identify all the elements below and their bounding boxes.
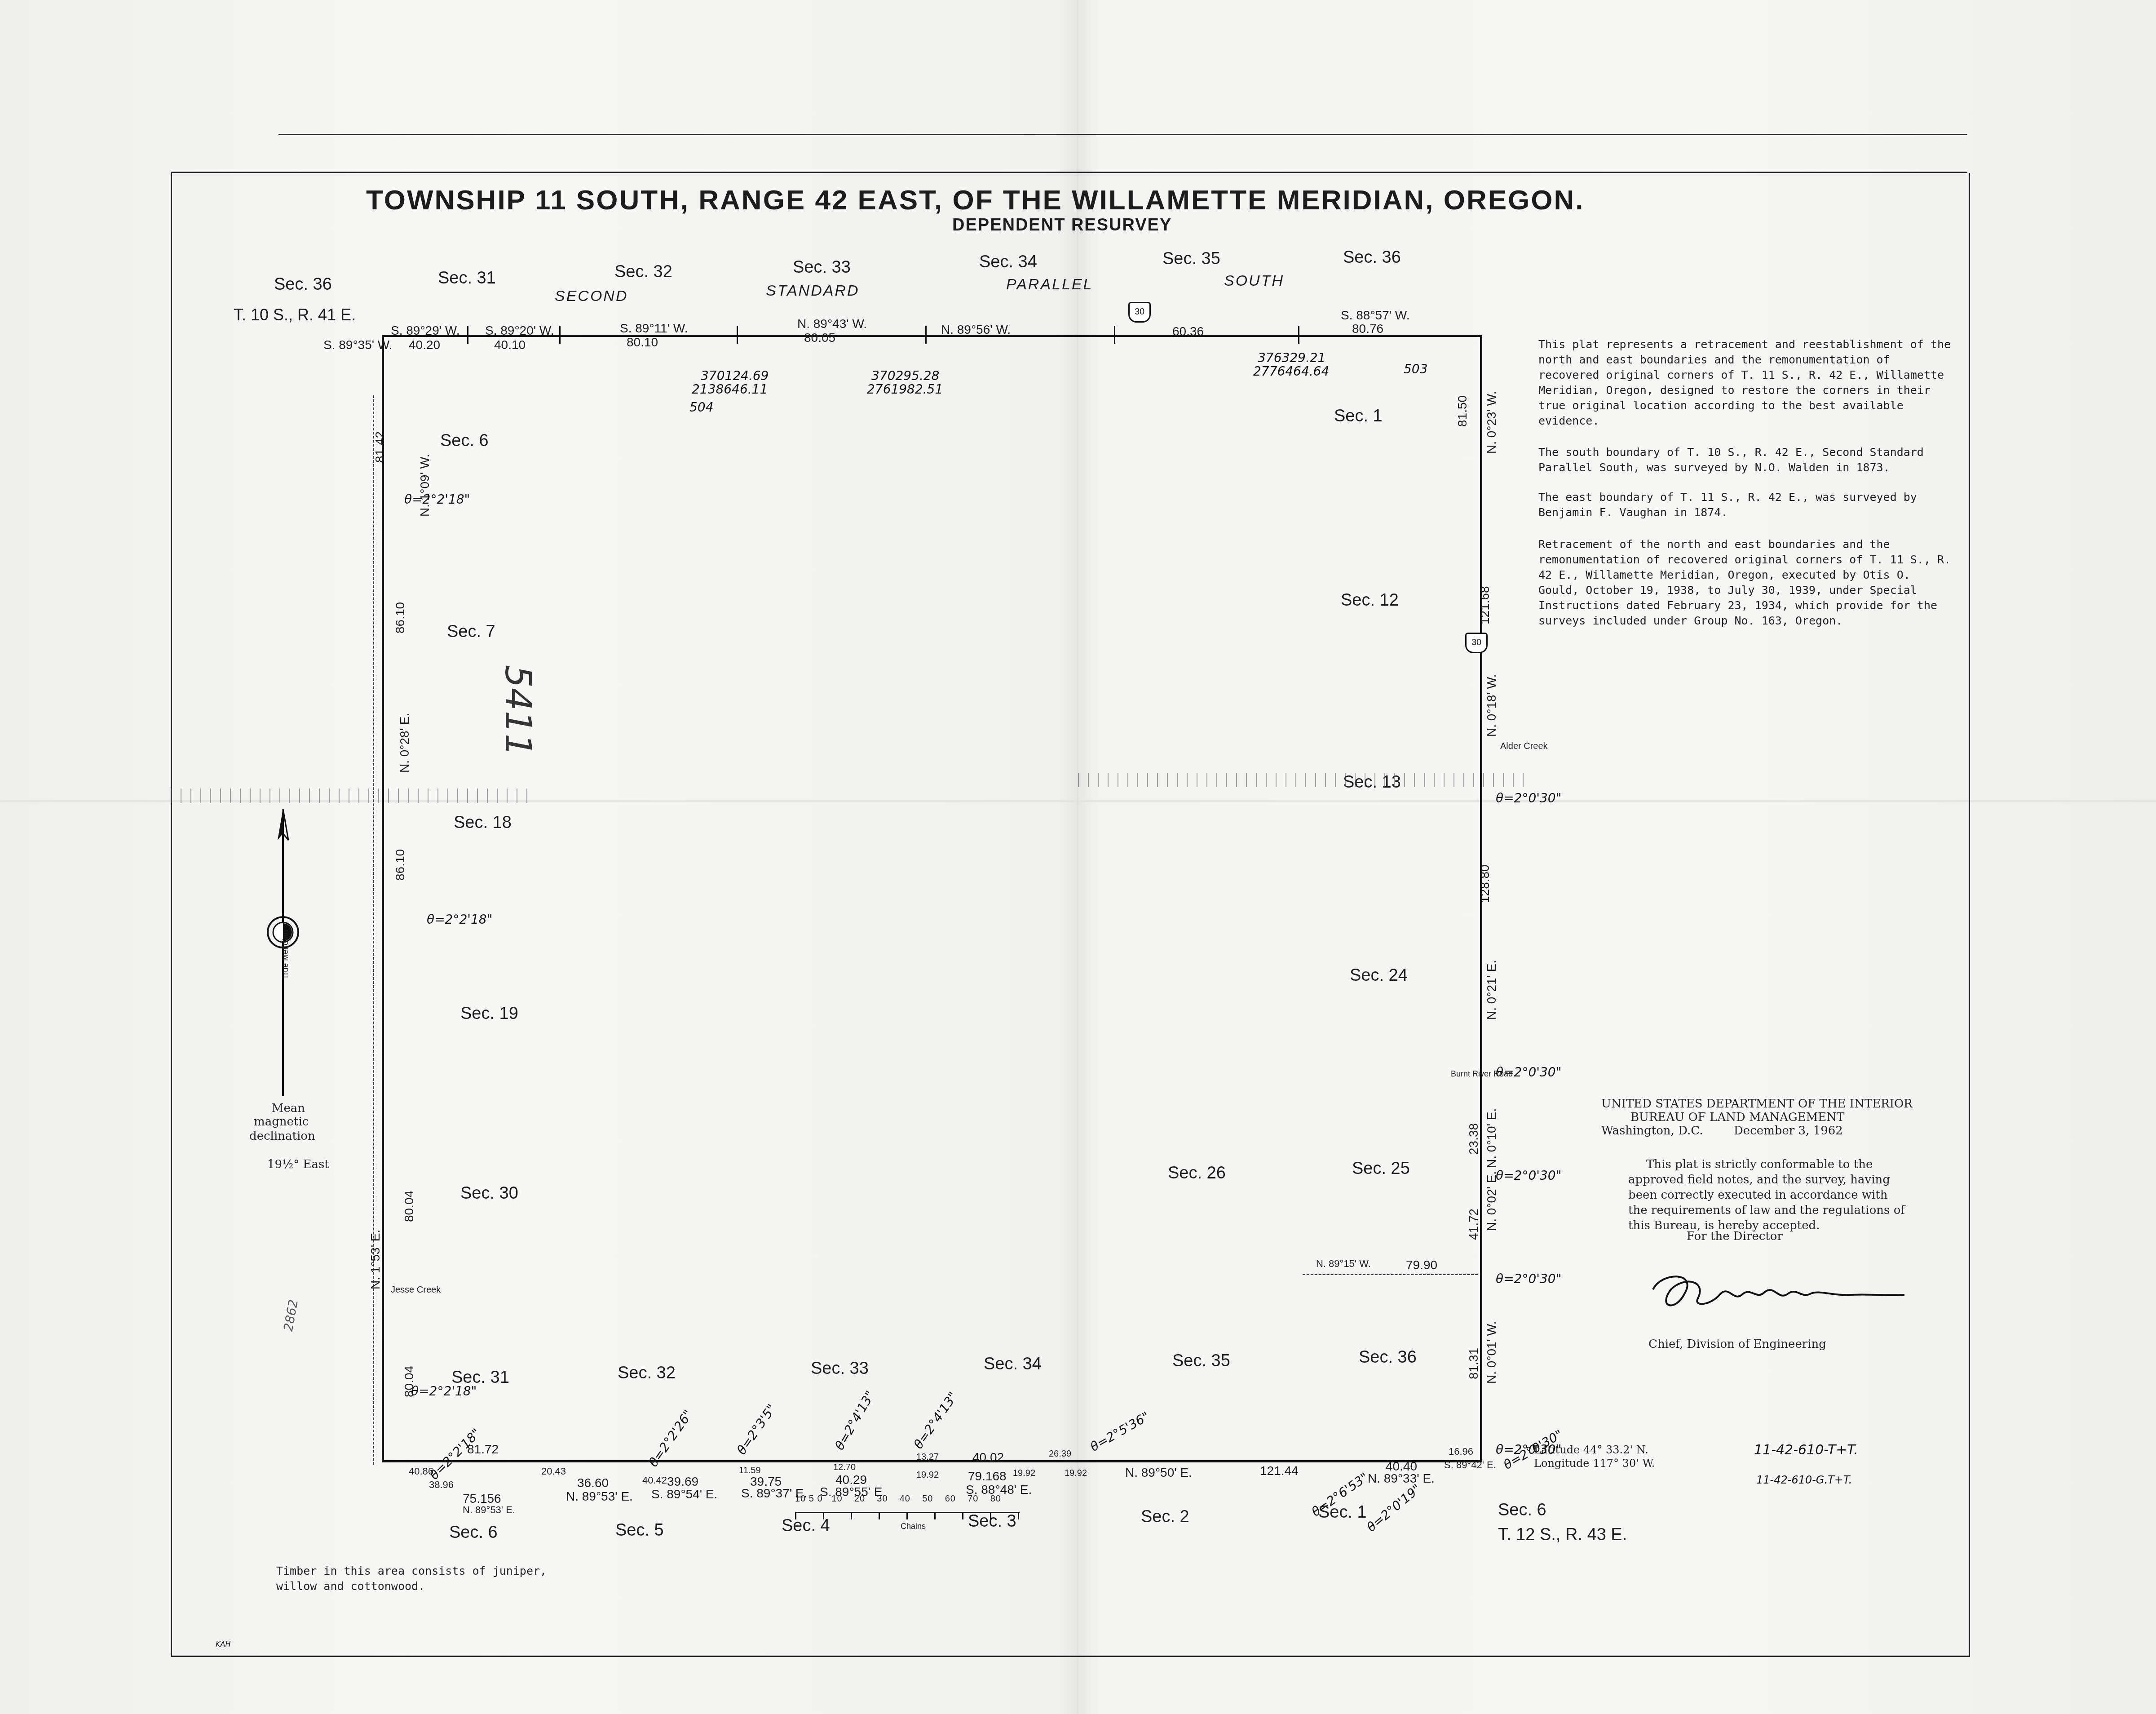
bearing-label: N. 89°56' W.: [941, 323, 1011, 337]
section-label: Sec. 33: [811, 1359, 869, 1378]
bearing-label: N. 89°15' W.: [1316, 1258, 1371, 1270]
certificate-date: December 3, 1962: [1734, 1123, 1843, 1138]
township-boundary: [382, 335, 1482, 1462]
bearing-label: N. 89°53' E.: [463, 1504, 515, 1516]
handwritten-mark: 504: [689, 400, 713, 415]
distance-label: 80.76: [1352, 322, 1383, 336]
distance-label: 16.96: [1449, 1446, 1473, 1457]
bearing-label: N. 0°10' E.: [1484, 1108, 1499, 1168]
distance-label: 19.92: [1013, 1468, 1035, 1479]
distance-label: 36.60: [577, 1476, 609, 1490]
timber-note: Timber in this area consists of juniper,…: [276, 1563, 591, 1594]
distance-label: 128.80: [1478, 864, 1492, 903]
section-label: Sec. 5: [615, 1521, 664, 1540]
parallel-label: PARALLEL: [1006, 276, 1093, 293]
latitude-label: Latitude 44° 33.2' N.: [1534, 1442, 1648, 1457]
corner-mark: [1298, 326, 1299, 344]
south-boundary-history-note: The south boundary of T. 10 S., R. 42 E.…: [1538, 445, 1952, 475]
bearing-label: N. 89°33' E.: [1368, 1471, 1435, 1486]
interior-line: [1303, 1274, 1478, 1275]
feature-label: Alder Creek: [1500, 741, 1548, 752]
corner-mark: [925, 326, 927, 344]
declination-note: θ=2°2'18": [411, 1384, 477, 1399]
section-label: Sec. 36: [1343, 248, 1401, 267]
bearing-label: S. 89°42' E.: [1444, 1459, 1496, 1471]
distance-label: 80.10: [627, 335, 658, 350]
handwritten-mark: 503: [1404, 362, 1427, 376]
handwritten-coordinate: 370295.28: [871, 368, 939, 383]
distance-label: 40.20: [409, 338, 440, 352]
section-label: Sec. 35: [1162, 249, 1220, 269]
bearing-label: S. 89°29' W.: [391, 323, 460, 338]
bearing-label: N. 0°18' W.: [1484, 674, 1499, 737]
distance-label: 86.10: [393, 602, 407, 633]
feature-label: Burnt River Road: [1451, 1069, 1513, 1079]
corner-mark: [467, 326, 468, 344]
bearing-label: S. 89°11' W.: [620, 321, 688, 336]
signer-title: Chief, Division of Engineering: [1648, 1337, 1826, 1352]
for-the-director: For the Director: [1687, 1229, 1783, 1244]
execution-note: Retracement of the north and east bounda…: [1538, 537, 1952, 629]
distance-label: 40.42: [642, 1475, 667, 1486]
declination-note: θ=2°0'30": [1496, 1271, 1561, 1286]
signature-icon: [1644, 1262, 1913, 1325]
corner-mark: [737, 326, 738, 344]
distance-label: 81.42: [373, 431, 387, 463]
highway-shield-icon: 30: [1128, 302, 1151, 323]
certificate-statement: This plat is strictly conformable to the…: [1628, 1157, 1907, 1233]
distance-label: 40.02: [972, 1450, 1004, 1465]
bearing-label: N. 1°53' E.: [368, 1230, 383, 1289]
scale-tick-labels: 10 5 0 10 20 30 40 50 60 70 80: [795, 1494, 1001, 1504]
fence-line: [171, 788, 530, 803]
certificate-location: Washington, D.C.: [1601, 1123, 1703, 1138]
handwritten-coordinate: 2761982.51: [867, 382, 943, 397]
outer-border-top: [278, 134, 1967, 135]
distance-label: 40.10: [494, 338, 526, 352]
parallel-label: SECOND: [555, 288, 628, 305]
section-label: Sec. 12: [1341, 591, 1399, 610]
distance-label: 19.92: [1065, 1468, 1087, 1479]
file-code: 11-42-610-T+T.: [1754, 1442, 1858, 1458]
distance-label: 38.96: [429, 1479, 454, 1491]
file-code: 11-42-610-G.T+T.: [1756, 1474, 1852, 1486]
declination-label: declination: [249, 1129, 315, 1144]
section-label: Sec. 33: [793, 258, 851, 277]
bearing-label: S. 88°57' W.: [1341, 308, 1410, 323]
section-label: Sec. 36: [1359, 1348, 1417, 1367]
distance-label: 20.43: [541, 1466, 566, 1477]
section-label: Sec. 30: [460, 1184, 518, 1203]
highway-shield-icon: 30: [1465, 633, 1488, 653]
bearing-label: N. 0°23' W.: [1484, 391, 1499, 454]
random-line-west: [373, 395, 374, 1465]
distance-label: 80.04: [402, 1191, 416, 1222]
bearing-label: N. 0°21' E.: [1484, 960, 1499, 1020]
section-label: Sec. 7: [447, 622, 495, 642]
bearing-label: S. 89°54' E.: [651, 1487, 717, 1501]
distance-label: 23.38: [1467, 1123, 1481, 1155]
section-label: Sec. 18: [454, 813, 512, 833]
scale-unit: Chains: [901, 1522, 926, 1531]
section-label: Sec. 6: [1498, 1501, 1546, 1520]
margin-initials: KAH: [216, 1640, 230, 1648]
declination-note: θ=2°2'18": [427, 912, 492, 927]
corner-mark: [559, 326, 561, 344]
section-label: Sec. 32: [614, 262, 672, 282]
distance-label: 12.70: [833, 1462, 856, 1473]
section-label: Sec. 24: [1350, 966, 1408, 985]
section-label: Sec. 36: [274, 275, 332, 294]
scale-graduations: [795, 1512, 1020, 1519]
agency-line: UNITED STATES DEPARTMENT OF THE INTERIOR: [1601, 1096, 1913, 1112]
agency-line: BUREAU OF LAND MANAGEMENT: [1630, 1110, 1844, 1125]
longitude-label: Longitude 117° 30' W.: [1534, 1456, 1655, 1471]
bearing-label: N. 89°50' E.: [1125, 1466, 1192, 1480]
plat-title: TOWNSHIP 11 SOUTH, RANGE 42 EAST, OF THE…: [366, 184, 1585, 216]
declination-label: Mean: [266, 1101, 311, 1116]
distance-label: 13.27: [916, 1452, 939, 1462]
true-meridian-label: True Meridian: [281, 930, 290, 979]
retracement-note: This plat represents a retracement and r…: [1538, 337, 1952, 429]
distance-label: 81.50: [1455, 395, 1470, 427]
distance-label: 79.90: [1406, 1258, 1437, 1272]
stamp-number: 5411: [497, 665, 539, 757]
distance-label: 81.31: [1467, 1348, 1481, 1379]
bearing-label: S. 89°20' W.: [485, 323, 554, 338]
feature-label: Jesse Creek: [391, 1285, 441, 1295]
bearing-label: N. 89°53' E.: [566, 1489, 633, 1504]
declination-value: 19½° East: [267, 1157, 329, 1172]
bearing-label: S. 89°35' W.: [323, 338, 393, 352]
bearing-label: N. 89°43' W.: [797, 317, 867, 331]
section-label: Sec. 1: [1334, 407, 1383, 426]
section-label: Sec. 34: [984, 1355, 1042, 1374]
section-label: Sec. 19: [460, 1004, 518, 1023]
section-label: Sec. 32: [618, 1364, 676, 1383]
section-label: Sec. 25: [1352, 1159, 1410, 1178]
section-label: Sec. 6: [449, 1523, 498, 1542]
fence-line: [1078, 773, 1527, 787]
handwritten-coordinate: 376329.21: [1258, 350, 1325, 365]
east-boundary-history-note: The east boundary of T. 11 S., R. 42 E.,…: [1538, 490, 1952, 520]
plat-subtitle: DEPENDENT RESURVEY: [952, 216, 1172, 235]
bearing-label: N. 0°28' E.: [398, 713, 412, 773]
parallel-label: STANDARD: [766, 282, 860, 300]
distance-label: 121.44: [1260, 1464, 1299, 1478]
handwritten-coordinate: 2776464.64: [1253, 364, 1329, 379]
distance-label: 26.39: [1049, 1449, 1071, 1459]
distance-label: 121.68: [1478, 586, 1492, 624]
distance-label: 79.168: [968, 1469, 1007, 1484]
bearing-label: N. 0°01' W.: [1484, 1321, 1499, 1384]
parallel-label: SOUTH: [1224, 272, 1284, 290]
declination-note: θ=2°0'30": [1496, 791, 1561, 806]
section-label: Sec. 34: [979, 252, 1037, 272]
handwritten-coordinate: 2138646.11: [692, 382, 768, 397]
section-label: Sec. 31: [438, 269, 496, 288]
section-label: Sec. 6: [440, 431, 489, 451]
declination-note: θ=2°2'18": [404, 492, 470, 507]
distance-label: 41.72: [1467, 1209, 1481, 1240]
handwritten-coordinate: 370124.69: [701, 368, 769, 383]
distance-label: 80.05: [804, 331, 835, 345]
declination-note: θ=2°0'30": [1496, 1168, 1561, 1183]
distance-label: 60.36: [1172, 324, 1204, 339]
adjoining-township-label: T. 10 S., R. 41 E.: [234, 306, 356, 324]
corner-mark: [1114, 326, 1115, 344]
section-label: Sec. 26: [1168, 1164, 1226, 1183]
section-label: Sec. 35: [1172, 1351, 1230, 1371]
distance-label: 86.10: [393, 849, 407, 881]
distance-label: 19.92: [916, 1470, 939, 1480]
adjoining-township-label: T. 12 S., R. 43 E.: [1498, 1525, 1627, 1545]
bearing-label: N. 1°09' W.: [418, 454, 432, 517]
declination-label: magnetic: [254, 1114, 309, 1129]
section-label: Sec. 2: [1141, 1507, 1189, 1527]
